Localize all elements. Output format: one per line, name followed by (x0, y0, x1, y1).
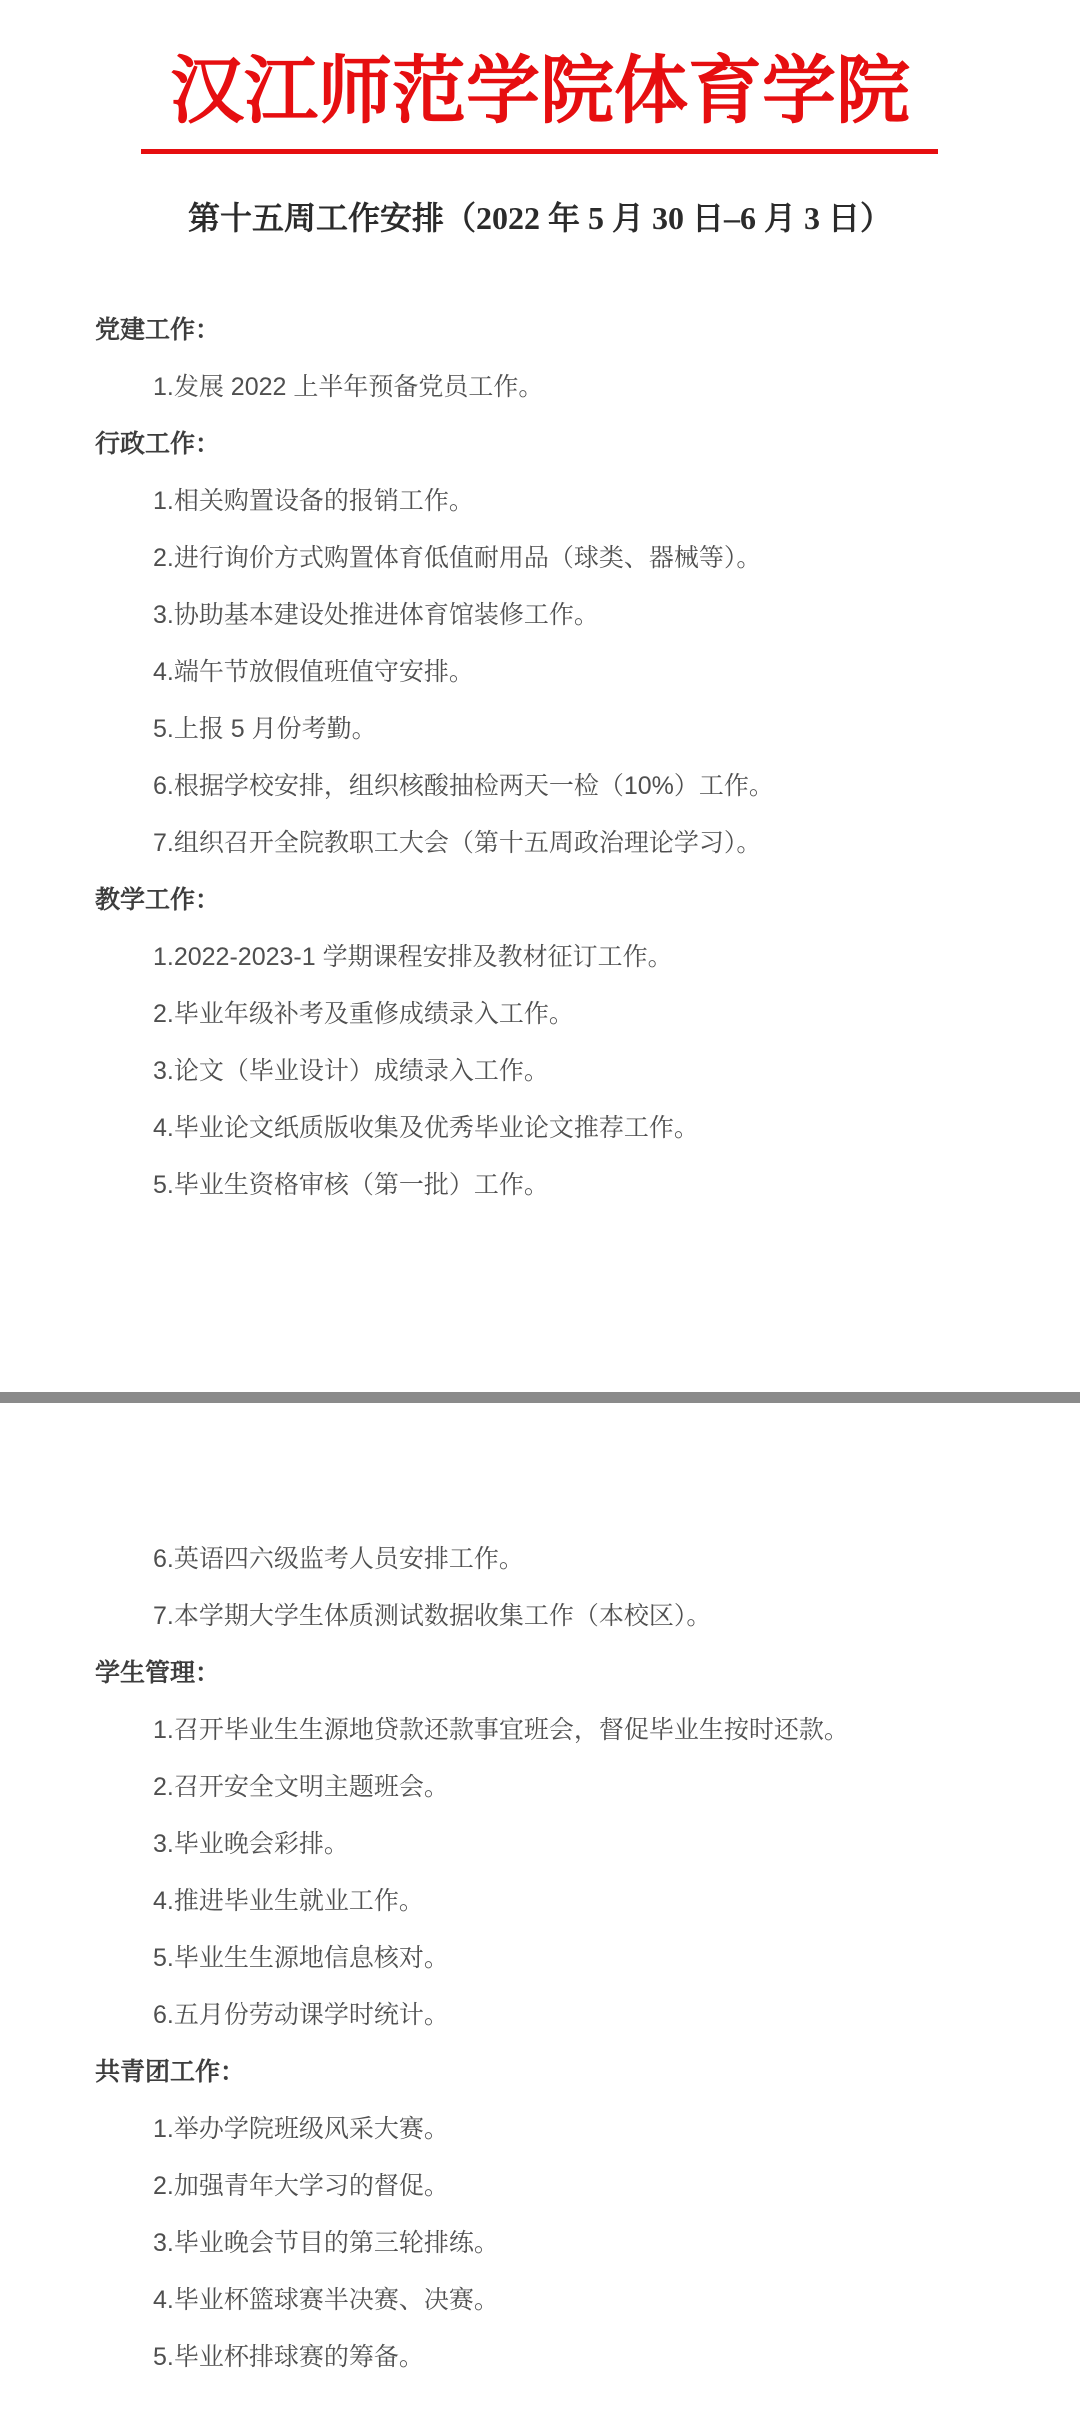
work-item: 2.毕业年级补考及重修成绩录入工作。 (0, 986, 1080, 1043)
work-item: 5.毕业杯排球赛的筹备。 (0, 2329, 1080, 2386)
section-heading: 学生管理： (0, 1645, 1080, 1702)
page-1-content: 党建工作：1.发展 2022 上半年预备党员工作。行政工作：1.相关购置设备的报… (0, 302, 1080, 1214)
work-item: 4.毕业论文纸质版收集及优秀毕业论文推荐工作。 (0, 1100, 1080, 1157)
work-item: 6.五月份劳动课学时统计。 (0, 1987, 1080, 2044)
work-item: 1.发展 2022 上半年预备党员工作。 (0, 359, 1080, 416)
work-item: 2.加强青年大学习的督促。 (0, 2158, 1080, 2215)
section-heading: 行政工作： (0, 416, 1080, 473)
work-item: 6.根据学校安排，组织核酸抽检两天一检（10%）工作。 (0, 758, 1080, 815)
work-item: 3.毕业晚会节目的第三轮排练。 (0, 2215, 1080, 2272)
work-item: 1.举办学院班级风采大赛。 (0, 2101, 1080, 2158)
section-heading: 党建工作： (0, 302, 1080, 359)
title-underline (141, 149, 938, 154)
page-2-content: 6.英语四六级监考人员安排工作。7.本学期大学生体质测试数据收集工作（本校区）。… (0, 1531, 1080, 2386)
work-item: 4.毕业杯篮球赛半决赛、决赛。 (0, 2272, 1080, 2329)
work-item: 5.毕业生生源地信息核对。 (0, 1930, 1080, 1987)
work-item: 2.进行询价方式购置体育低值耐用品（球类、器械等）。 (0, 530, 1080, 587)
work-item: 1.2022-2023-1 学期课程安排及教材征订工作。 (0, 929, 1080, 986)
document-subtitle: 第十五周工作安排（2022 年 5 月 30 日–6 月 3 日） (0, 198, 1080, 238)
work-item: 2.召开安全文明主题班会。 (0, 1759, 1080, 1816)
work-item: 3.毕业晚会彩排。 (0, 1816, 1080, 1873)
work-item: 5.上报 5 月份考勤。 (0, 701, 1080, 758)
page-break-divider (0, 1392, 1080, 1403)
work-item: 7.组织召开全院教职工大会（第十五周政治理论学习）。 (0, 815, 1080, 872)
work-item: 4.端午节放假值班值守安排。 (0, 644, 1080, 701)
work-item: 1.召开毕业生生源地贷款还款事宜班会，督促毕业生按时还款。 (0, 1702, 1080, 1759)
work-item: 5.毕业生资格审核（第一批）工作。 (0, 1157, 1080, 1214)
work-item: 7.本学期大学生体质测试数据收集工作（本校区）。 (0, 1588, 1080, 1645)
work-item: 1.相关购置设备的报销工作。 (0, 473, 1080, 530)
section-heading: 教学工作： (0, 872, 1080, 929)
work-item: 4.推进毕业生就业工作。 (0, 1873, 1080, 1930)
section-heading: 共青团工作： (0, 2044, 1080, 2101)
work-item: 6.英语四六级监考人员安排工作。 (0, 1531, 1080, 1588)
page-title: 汉江师范学院体育学院 (0, 50, 1080, 134)
document: 汉江师范学院体育学院 第十五周工作安排（2022 年 5 月 30 日–6 月 … (0, 0, 1080, 2413)
work-item: 3.协助基本建设处推进体育馆装修工作。 (0, 587, 1080, 644)
work-item: 3.论文（毕业设计）成绩录入工作。 (0, 1043, 1080, 1100)
